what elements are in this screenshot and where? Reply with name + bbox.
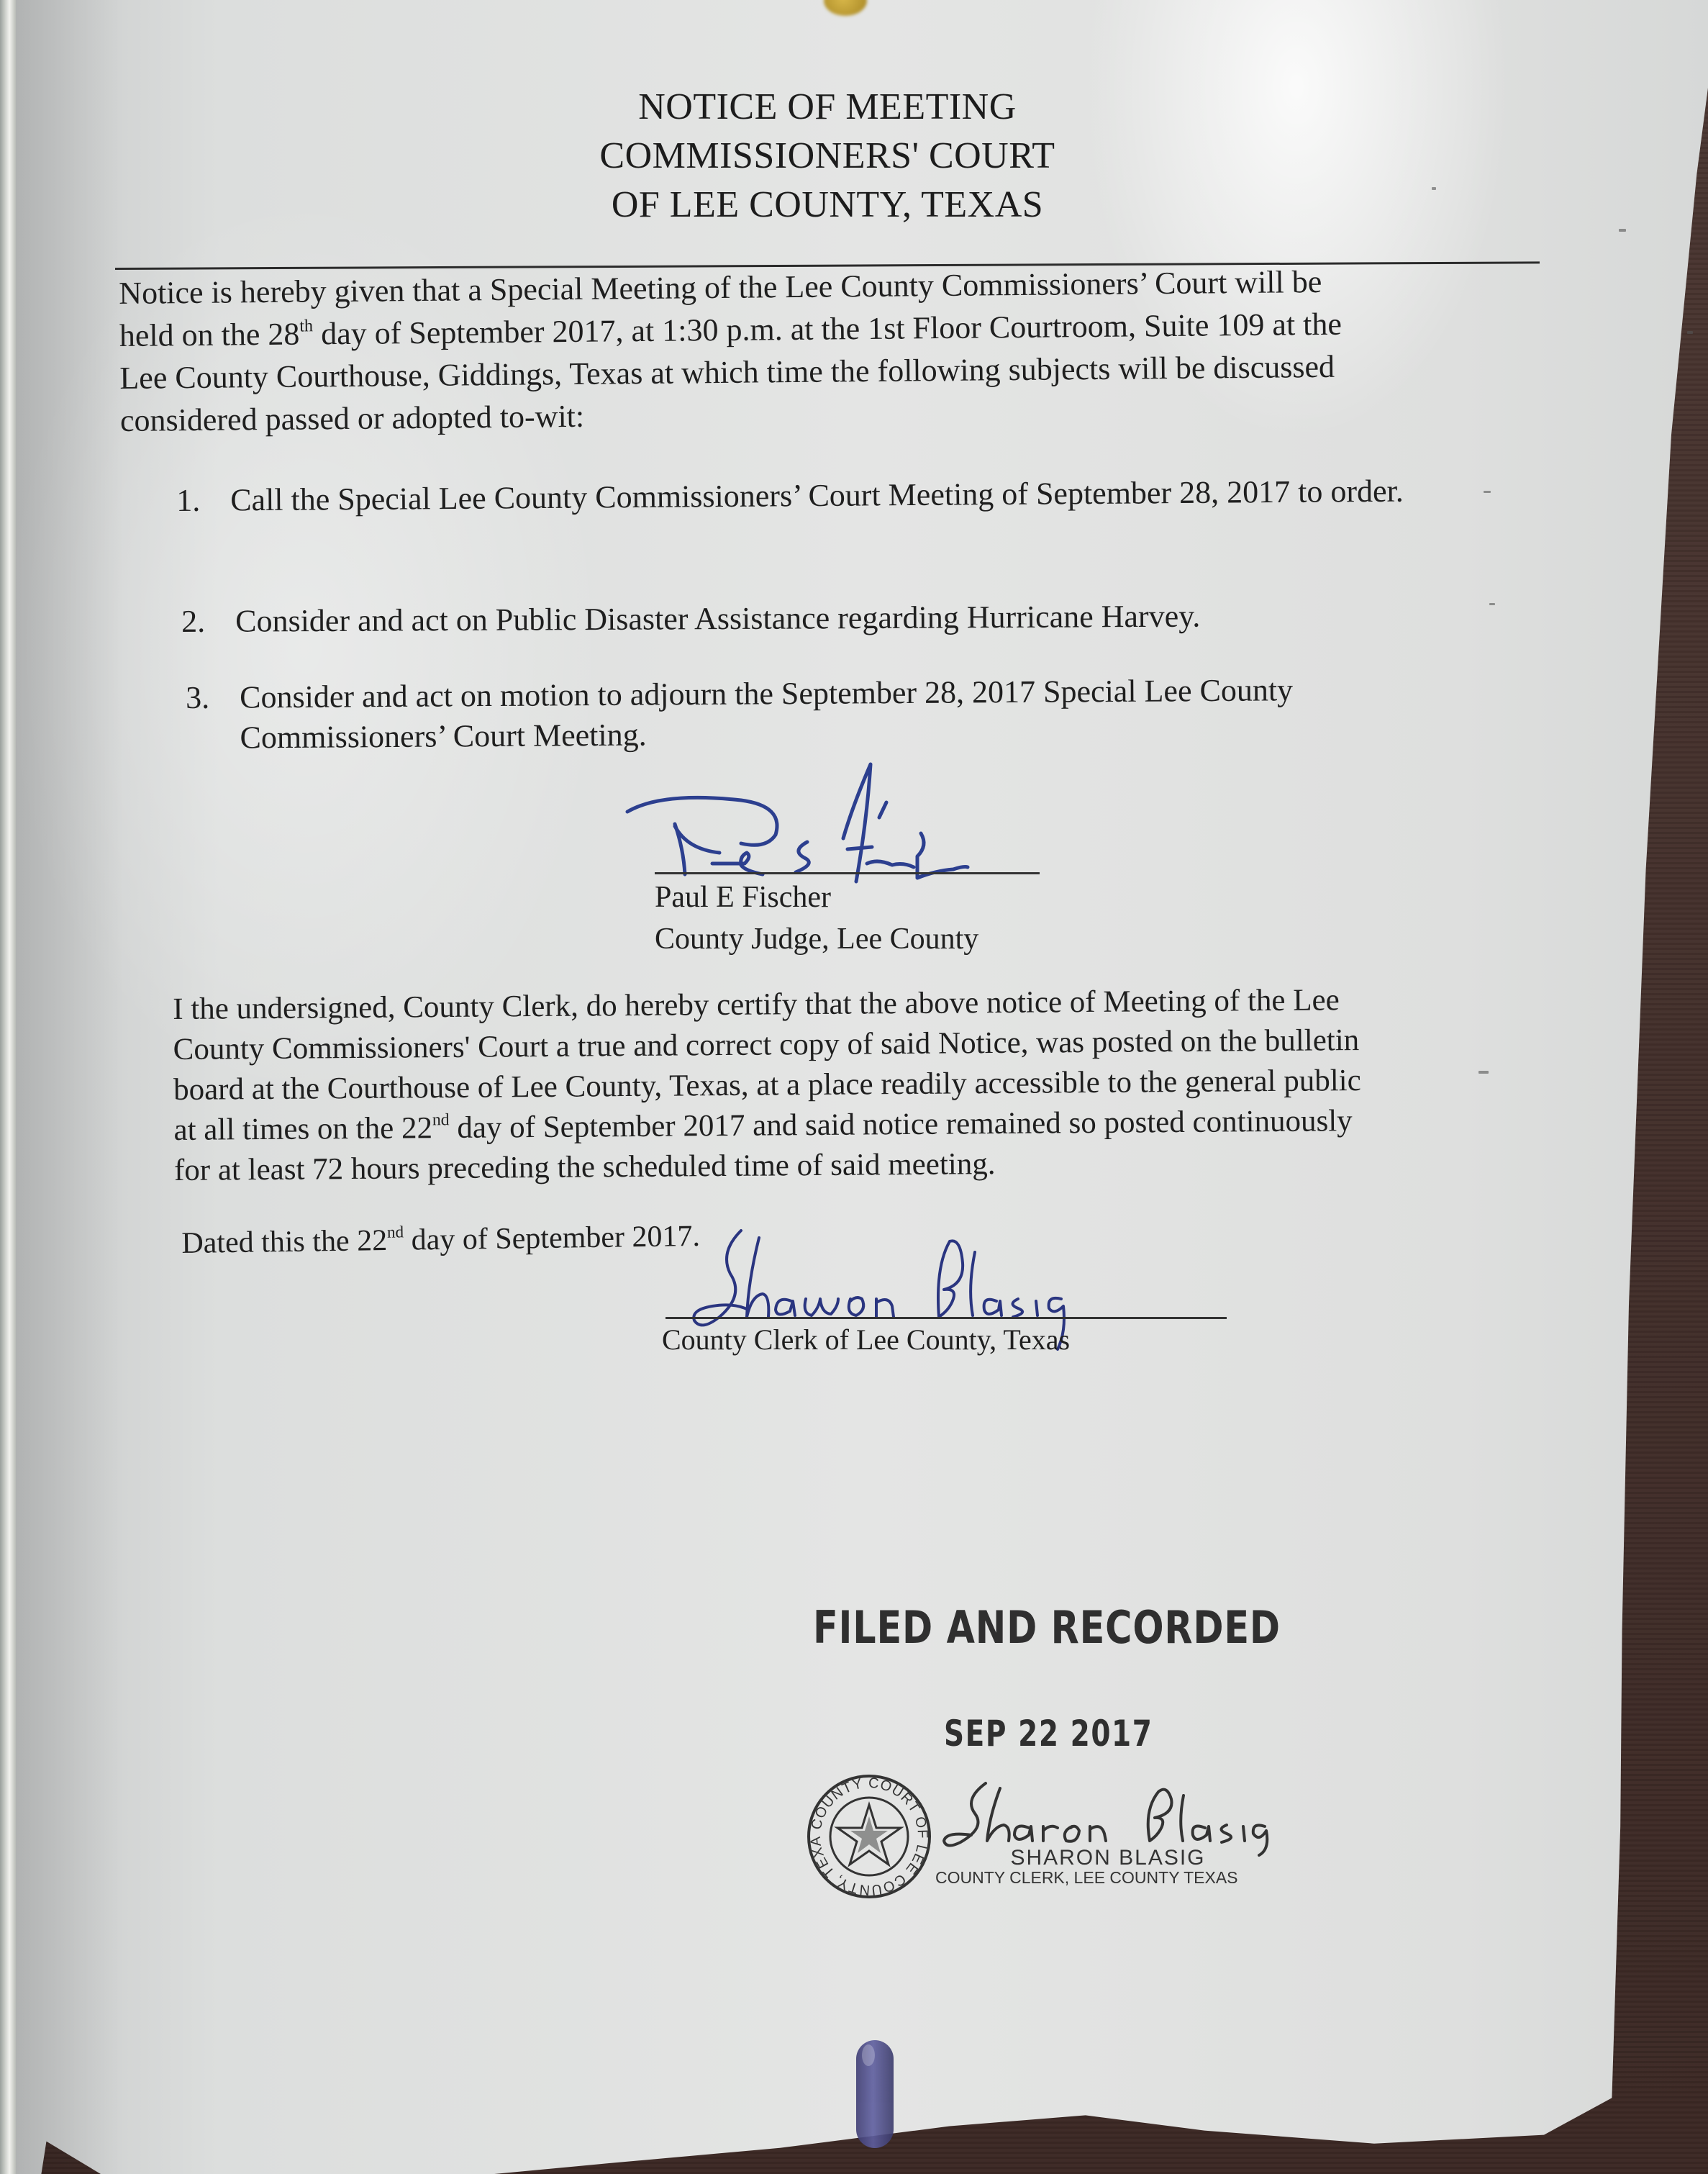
clerk-caption: County Clerk of Lee County, Texas: [662, 1321, 1070, 1359]
paper-speck: [1432, 187, 1436, 190]
judge-title: County Judge, Lee County: [655, 918, 978, 960]
judge-signature-line: [655, 872, 1040, 874]
agenda-text: Consider and act on motion to adjourn th…: [240, 669, 1424, 758]
paper-speck: [1489, 603, 1495, 605]
title-line-1: NOTICE OF MEETING: [504, 83, 1151, 132]
stamp-signature-icon: [942, 1777, 1273, 1857]
dated-start: Dated this the 22: [181, 1224, 387, 1260]
agenda-item-1: 1. Call the Special Lee County Commissio…: [176, 471, 1457, 521]
intro-line-2-start: held on the 28: [119, 317, 300, 353]
intro-line-2-end: day of September 2017, at 1:30 p.m. at t…: [313, 307, 1342, 352]
filed-and-recorded-stamp: FILED AND RECORDED: [813, 1601, 1281, 1654]
dated-line: Dated this the 22nd day of September 201…: [181, 1216, 700, 1264]
intro-paragraph: Notice is hereby given that a Special Me…: [119, 258, 1537, 442]
certification-line-4-end: day of September 2017 and said notice re…: [449, 1104, 1352, 1145]
clerk-signature-line: [666, 1317, 1227, 1319]
notice-document: NOTICE OF MEETING COMMISSIONERS' COURT O…: [0, 0, 1708, 2174]
stamp-date: SEP 22 2017: [944, 1713, 1153, 1754]
paper-speck: [1619, 229, 1626, 232]
stamp-clerk-title: COUNTY CLERK, LEE COUNTY TEXAS: [935, 1868, 1238, 1888]
judge-name: Paul E Fischer: [655, 877, 978, 918]
certification-line-4-start: at all times on the 22: [173, 1111, 432, 1147]
paper-speck: [1687, 331, 1693, 334]
ordinal-suffix: nd: [387, 1222, 404, 1241]
agenda-item-3: 3. Consider and act on motion to adjourn…: [186, 669, 1424, 758]
agenda-text: Call the Special Lee County Commissioner…: [230, 471, 1457, 520]
agenda-text: Consider and act on Public Disaster Assi…: [235, 595, 1476, 642]
title-line-2: COMMISSIONERS' COURT: [504, 132, 1151, 181]
notice-title: NOTICE OF MEETING COMMISSIONERS' COURT O…: [504, 83, 1151, 230]
ordinal-suffix: nd: [432, 1110, 450, 1129]
agenda-number: 2.: [181, 602, 232, 642]
dated-end: day of September 2017.: [404, 1220, 700, 1257]
county-seal-icon: COUNTY COURT OF LEE COUNTY, TEXAS: [804, 1772, 934, 1901]
agenda-item-2: 2. Consider and act on Public Disaster A…: [181, 595, 1476, 642]
agenda-number: 1.: [176, 480, 227, 521]
agenda-number: 3.: [186, 678, 236, 718]
title-line-3: OF LEE COUNTY, TEXAS: [504, 181, 1151, 230]
paper-speck: [1484, 491, 1491, 493]
paper-speck: [1478, 1071, 1489, 1074]
judge-signature-block: Paul E Fischer County Judge, Lee County: [655, 877, 978, 960]
ordinal-suffix: th: [299, 316, 313, 335]
stamp-clerk-name: SHARON BLASIG: [978, 1846, 1237, 1870]
clerk-certification: I the undersigned, County Clerk, do here…: [173, 979, 1491, 1191]
